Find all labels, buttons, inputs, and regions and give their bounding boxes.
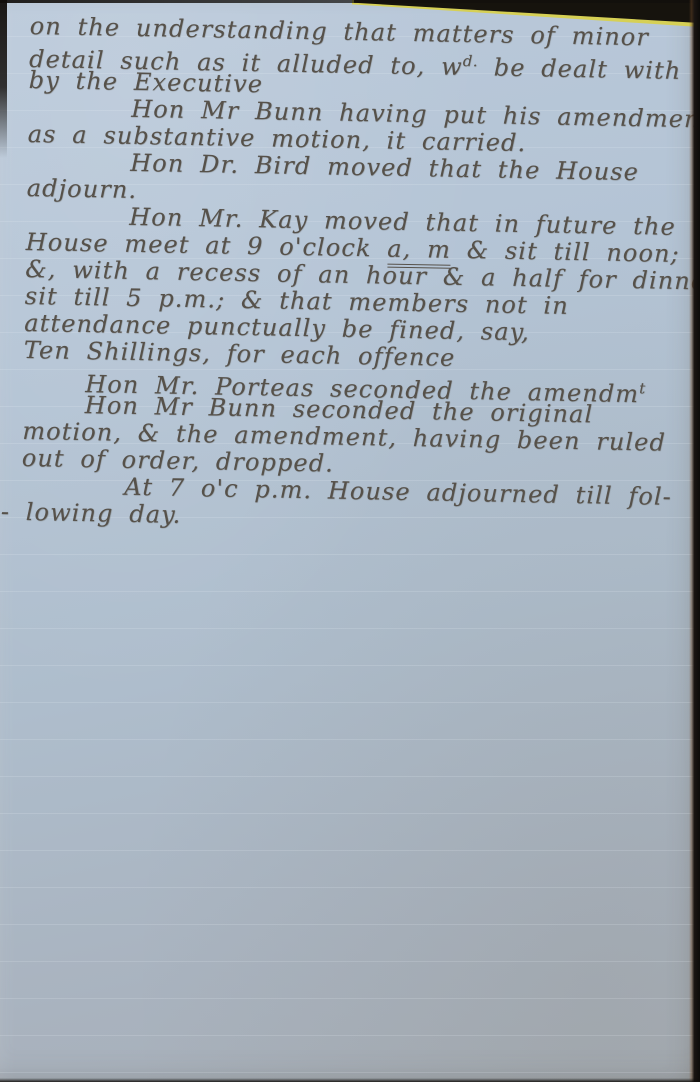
line-text: adjourn. xyxy=(27,174,138,204)
scan-edge-top xyxy=(0,0,700,3)
scanned-page: on the understanding that matters of min… xyxy=(0,0,700,1082)
scan-edge-left xyxy=(0,0,7,158)
superscript-abbreviation: d. xyxy=(463,52,479,70)
line-text: by the Executive xyxy=(29,66,264,98)
scan-edge-bottom xyxy=(0,1078,700,1082)
manuscript-text: on the understanding that matters of min… xyxy=(21,13,688,538)
line-text: out of order, dropped. xyxy=(22,444,335,478)
line-text: be dealt with xyxy=(478,53,682,85)
superscript-abbreviation: t xyxy=(639,379,646,397)
scan-edge-right xyxy=(689,0,700,1082)
paper: on the understanding that matters of min… xyxy=(0,0,700,1082)
line-text: - lowing day. xyxy=(1,498,182,529)
